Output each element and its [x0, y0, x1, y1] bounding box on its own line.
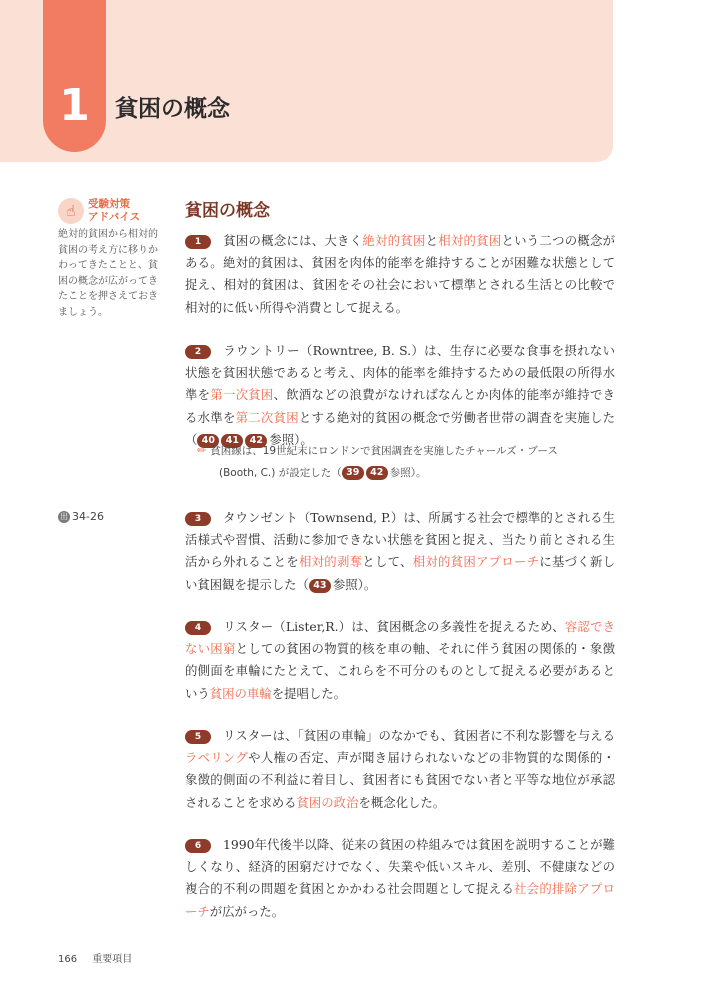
key-term: 相対的剥奪 — [299, 554, 362, 569]
key-term: 相対的貧困アプローチ — [413, 554, 540, 569]
section-title: 貧困の概念 — [185, 196, 615, 221]
exam-mark-icon: 出 — [58, 511, 70, 523]
note-text: (Booth, C.) が設定した（ — [219, 467, 342, 479]
page-footer: 166 重要項目 — [58, 950, 132, 965]
exam-ref-label: 34-26 — [72, 510, 104, 523]
paragraph-number-badge: 1 — [185, 235, 211, 249]
note-text: 貧困線は、19世紀末にロンドンで貧困調査を実施したチャールズ・ブース — [210, 445, 558, 457]
page-number: 166 — [58, 954, 77, 965]
exam-reference: 出 34-26 — [58, 510, 104, 523]
body-text: 貧困の概念には、大きく — [223, 233, 362, 248]
body-text: リスターは、「貧困の車輪」のなかでも、貧困者に不利な影響を与える — [223, 728, 615, 743]
body-text: を提唱した。 — [272, 686, 346, 701]
body-text: 参照）。 — [333, 577, 376, 592]
paragraph-number-badge: 2 — [185, 345, 211, 359]
key-term: 第一次貧困 — [210, 387, 273, 402]
key-term: ラベリング — [185, 750, 248, 765]
body-text: として、 — [362, 554, 412, 569]
paragraph-number-badge: 3 — [185, 512, 211, 526]
footer-section-label: 重要項目 — [92, 954, 132, 965]
paragraph-number-badge: 5 — [185, 730, 211, 744]
key-term: 貧困の車輪 — [210, 686, 272, 701]
advice-body: 絶対的貧困から相対的貧困の考え方に移りかわってきたことと、貧困の概念が広がってき… — [58, 227, 162, 320]
hand-pointing-icon: ☝ — [58, 198, 84, 224]
paragraph-3: 3タウンゼント（Townsend, P.）は、所属する社会で標準的とされる生活様… — [185, 507, 615, 596]
note-text: 参照）。 — [390, 467, 427, 479]
note-booth: ✏貧困線は、19世紀末にロンドンで貧困調査を実施したチャールズ・ブース(Boot… — [197, 440, 617, 484]
key-term: 相対的貧困 — [438, 233, 501, 248]
reference-badge: 42 — [366, 466, 388, 480]
advice-label-2: アドバイス — [88, 211, 140, 224]
paragraph-1: 1貧困の概念には、大きく絶対的貧困と相対的貧困という二つの概念がある。絶対的貧困… — [185, 230, 615, 319]
paragraph-2: 2ラウントリー（Rowntree, B. S.）は、生存に必要な食事を摂れない状… — [185, 340, 615, 451]
key-term: 貧困の政治 — [297, 795, 359, 810]
advice-label-1: 受験対策 — [88, 198, 140, 211]
paragraph-4: 4リスター（Lister,R.）は、貧困概念の多義性を捉えるため、容認できない困… — [185, 616, 615, 705]
body-text: と — [426, 233, 439, 248]
paragraph-number-badge: 6 — [185, 839, 211, 853]
chapter-number: 1 — [43, 80, 106, 131]
key-term: 絶対的貧困 — [362, 233, 425, 248]
pencil-icon: ✏ — [197, 444, 206, 457]
main-content: 貧困の概念 1貧困の概念には、大きく絶対的貧困と相対的貧困という二つの概念がある… — [185, 196, 615, 233]
exam-advice-box: ☝ 受験対策 アドバイス 絶対的貧困から相対的貧困の考え方に移りかわってきたこと… — [58, 198, 162, 320]
body-text: を概念化した。 — [358, 795, 445, 810]
key-term: 第二次貧困 — [236, 410, 299, 425]
reference-badge: 39 — [342, 466, 364, 480]
chapter-title: 貧困の概念 — [115, 90, 230, 123]
reference-badge: 43 — [309, 579, 331, 593]
paragraph-number-badge: 4 — [185, 621, 211, 635]
paragraph-6: 61990年代後半以降、従来の貧困の枠組みでは貧困を説明することが難しくなり、経… — [185, 834, 615, 923]
paragraph-5: 5リスターは、「貧困の車輪」のなかでも、貧困者に不利な影響を与えるラベリングや人… — [185, 725, 615, 814]
body-text: リスター（Lister,R.）は、貧困概念の多義性を捉えるため、 — [223, 619, 565, 634]
body-text: が広がった。 — [210, 904, 284, 919]
